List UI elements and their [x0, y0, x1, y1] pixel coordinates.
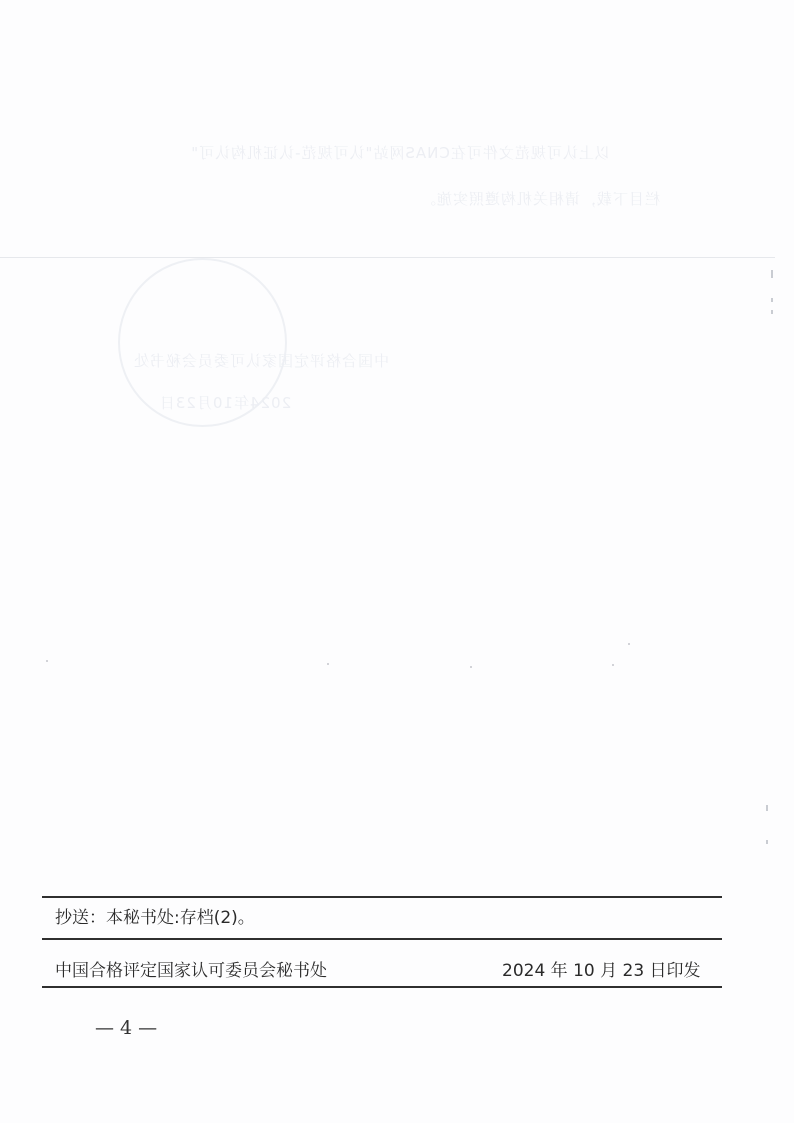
bleed-through-text: 2024年10月23日	[135, 392, 315, 413]
footer-rule-top	[42, 896, 722, 898]
scan-edge-mark	[771, 298, 773, 302]
scan-edge-mark	[766, 805, 768, 811]
bleed-through-text: 中国合格评定国家认可委员会秘书处	[96, 350, 426, 371]
scan-edge-mark	[771, 270, 773, 278]
scan-speck	[46, 660, 48, 662]
issuing-office: 中国合格评定国家认可委员会秘书处	[55, 956, 327, 981]
scan-speck	[327, 663, 329, 665]
scan-speck	[612, 664, 614, 666]
footer-rule-bottom	[42, 986, 722, 988]
bleed-through-text: 以上认可规范文件可在CNAS网站"认可规范-认证机构认可"	[95, 142, 705, 163]
scan-speck	[470, 666, 472, 668]
faint-divider	[0, 257, 775, 258]
bleed-through-text: 栏目下载，请相关机构遵照实施。	[375, 188, 705, 209]
issue-date: 2024 年 10 月 23 日印发	[502, 956, 701, 981]
scan-speck	[628, 643, 630, 645]
page-number: — 4 —	[95, 1017, 157, 1039]
scan-edge-mark	[766, 840, 768, 844]
footer-rule-middle	[42, 938, 722, 940]
cc-distribution-line: 抄送：本秘书处:存档(2)。	[55, 903, 255, 928]
scan-edge-mark	[771, 310, 773, 314]
